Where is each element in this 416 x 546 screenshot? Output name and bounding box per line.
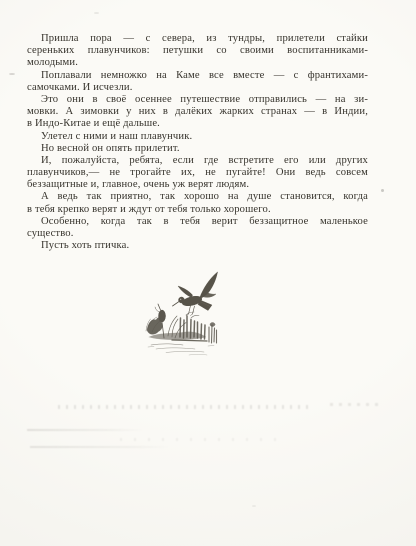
flying-bird — [173, 272, 218, 316]
text-line: Поплавали немножко на Каме все вместе — … — [27, 70, 368, 82]
text-line: Пришла пора — с севера, из тундры, приле… — [27, 33, 368, 45]
text-line: И, пожалуйста, ребята, если где встретит… — [27, 155, 368, 167]
text-line: мовки. А зимовки у них в далёких жарких … — [27, 106, 368, 118]
text-line: Улетел с ними и наш плавунчик. — [27, 131, 368, 143]
bleed-through-artifact — [27, 429, 145, 431]
paper-speck — [9, 73, 15, 75]
marsh-bird-illustration — [144, 266, 220, 357]
text-line: в Индо-Китае и ещё дальше. — [27, 118, 368, 130]
book-page: Пришла пора — с севера, из тундры, приле… — [0, 0, 416, 546]
text-line: А ведь так приятно, так хорошо на душе с… — [27, 191, 368, 203]
bleed-through-artifact — [330, 403, 378, 406]
paper-speck — [252, 505, 256, 507]
text-line: в тебя крепко верят и ждут от тебя тольк… — [27, 204, 368, 216]
marsh-plants — [146, 304, 217, 343]
water-ripples — [148, 344, 214, 355]
text-line: плавунчиков,— не трогайте их, не пугайте… — [27, 167, 368, 179]
text-line: существо. — [27, 228, 368, 240]
text-line: молодыми. — [27, 57, 368, 69]
text-line: сереньких плавунчиков: петушки со своими… — [27, 45, 368, 57]
text-line: Но весной он опять прилетит. — [27, 143, 368, 155]
text-line: Это они в своё осеннее путешествие отпра… — [27, 94, 368, 106]
text-line: Особенно, когда так в тебя верит беззащи… — [27, 216, 368, 228]
paper-speck — [381, 189, 384, 192]
text-line: самочками. И исчезли. — [27, 82, 368, 94]
text-line: беззащитные и, главное, очень уж верят л… — [27, 179, 368, 191]
bleed-through-artifact — [58, 405, 314, 409]
bleed-through-artifact — [120, 438, 280, 441]
paper-speck — [94, 12, 99, 14]
bleed-through-artifact — [30, 446, 170, 448]
text-block: Пришла пора — с севера, из тундры, приле… — [27, 33, 368, 252]
text-line: Пусть хоть птичка. — [27, 240, 368, 252]
